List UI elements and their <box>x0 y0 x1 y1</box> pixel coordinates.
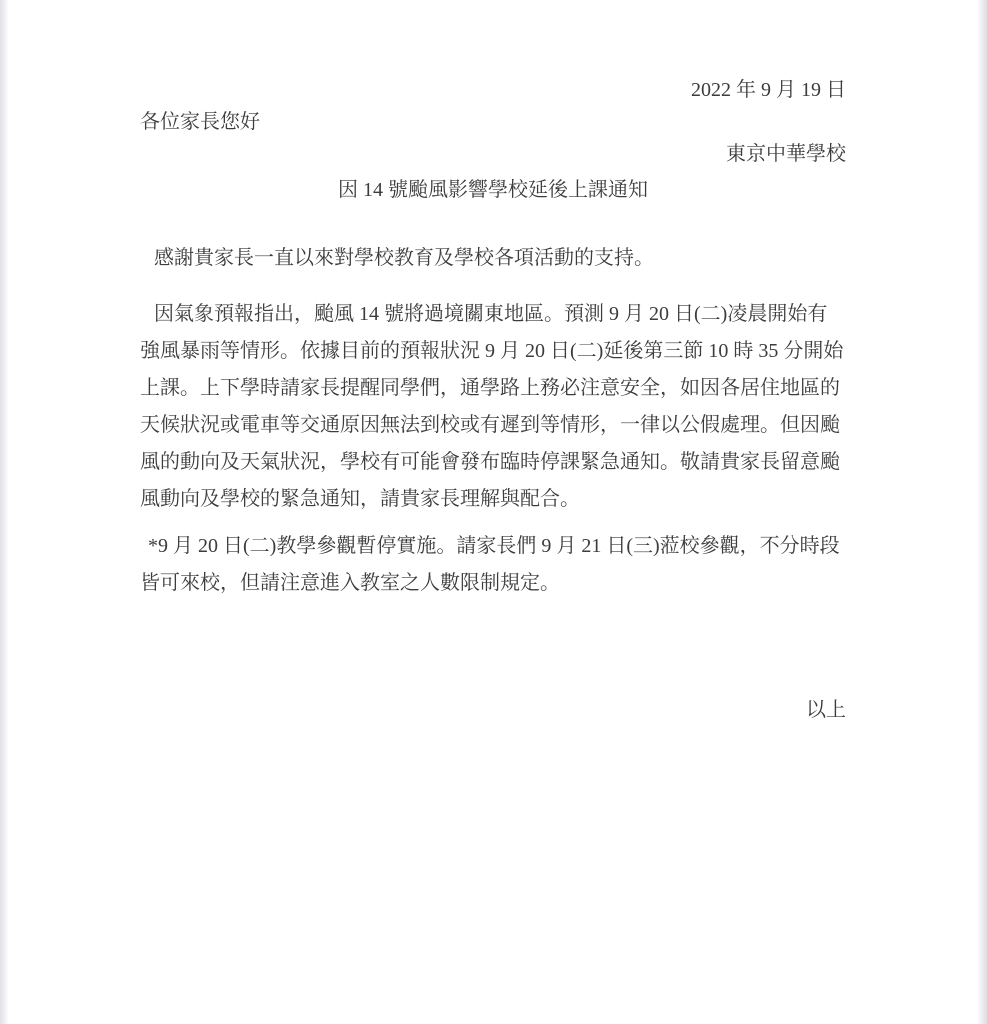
page-edge-shadow-right <box>978 0 987 1024</box>
paragraph-line: *9 月 20 日(二)教學參觀暫停實施。請家長們 9 月 21 日(三)蒞校參… <box>140 528 846 565</box>
closing-phrase: 以上 <box>140 692 846 729</box>
paragraph-visit-note: *9 月 20 日(二)教學參觀暫停實施。請家長們 9 月 21 日(三)蒞校參… <box>140 528 846 602</box>
paragraph-line: 因氣象預報指出，颱風 14 號將過境關東地區。預測 9 月 20 日(二)凌晨開… <box>140 296 846 333</box>
page-edge-shadow-left <box>0 0 8 1024</box>
paragraph-line: 天候狀況或電車等交通原因無法到校或有遲到等情形，一律以公假處理。但因颱 <box>140 407 846 444</box>
paragraph-line: 感謝貴家長一直以來對學校教育及學校各項活動的支持。 <box>140 240 846 277</box>
paragraph-line: 風的動向及天氣狀況，學校有可能會發布臨時停課緊急通知。敬請貴家長留意颱 <box>140 444 846 481</box>
sender-school-name: 東京中華學校 <box>140 136 846 173</box>
paragraph-thanks: 感謝貴家長一直以來對學校教育及學校各項活動的支持。 <box>140 240 846 277</box>
paragraph-line: 風動向及學校的緊急通知，請貴家長理解與配合。 <box>140 481 846 518</box>
paragraph-typhoon-notice: 因氣象預報指出，颱風 14 號將過境關東地區。預測 9 月 20 日(二)凌晨開… <box>140 296 846 518</box>
document-title: 因 14 號颱風影響學校延後上課通知 <box>140 172 846 209</box>
document-photo: 2022 年 9 月 19 日 各位家長您好 東京中華學校 因 14 號颱風影響… <box>0 0 987 1024</box>
paragraph-line: 上課。上下學時請家長提醒同學們，通學路上務必注意安全，如因各居住地區的 <box>140 370 846 407</box>
paragraph-line: 皆可來校，但請注意進入教室之人數限制規定。 <box>140 565 846 602</box>
paragraph-line: 強風暴雨等情形。依據目前的預報狀況 9 月 20 日(二)延後第三節 10 時 … <box>140 333 846 370</box>
